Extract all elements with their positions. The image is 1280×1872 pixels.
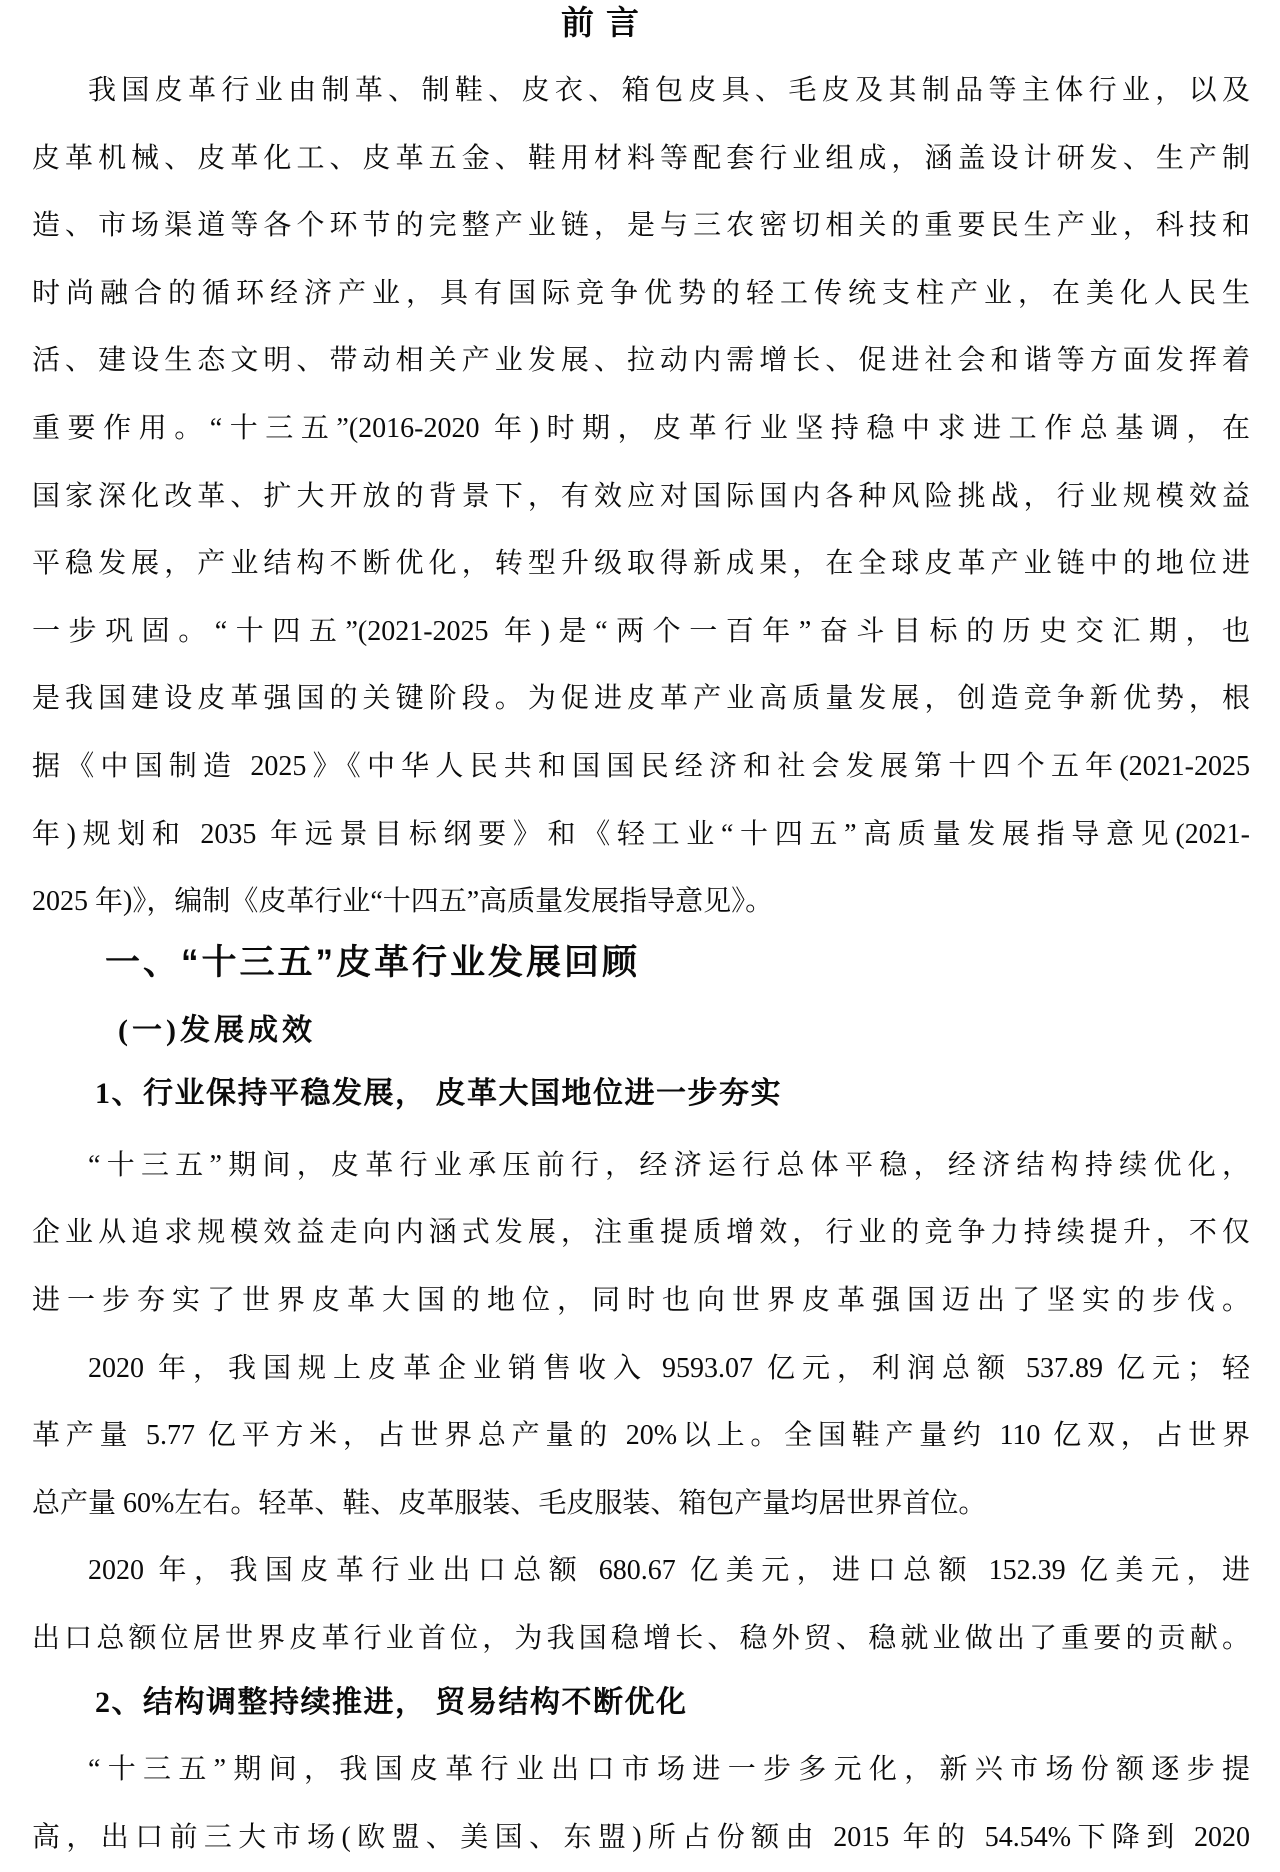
subsection-heading: (一)发展成效 — [32, 1011, 1250, 1051]
paragraph-line: 2020 年，我国规上皮革企业销售收入 9593.07 亿元，利润总额 537.… — [32, 1335, 1250, 1403]
paragraph-line: 重要作用。“十三五”(2016-2020 年)时期，皮革行业坚持稳中求进工作总基… — [32, 395, 1250, 463]
intro-paragraph: 我国皮革行业由制革、制鞋、皮衣、箱包皮具、毛皮及其制品等主体行业，以及 皮革机械… — [32, 57, 1250, 936]
point-heading: 2、结构调整持续推进， 贸易结构不断优化 — [32, 1683, 1250, 1723]
paragraph-line: 平稳发展，产业结构不断优化，转型升级取得新成果，在全球皮革产业链中的地位进 — [32, 530, 1250, 598]
paragraph-line: 据《中国制造 2025》《中华人民共和国国民经济和社会发展第十四个五年(2021… — [32, 733, 1250, 801]
document-page: 前言 我国皮革行业由制革、制鞋、皮衣、箱包皮具、毛皮及其制品等主体行业，以及 皮… — [0, 0, 1280, 1872]
paragraph-line: 年)规划和 2035 年远景目标纲要》和《轻工业“十四五”高质量发展指导意见(2… — [32, 801, 1250, 869]
body-paragraph: “十三五”期间，皮革行业承压前行，经济运行总体平稳，经济结构持续优化， 企业从追… — [32, 1132, 1250, 1335]
paragraph-line: 2025 年)》，编制《皮革行业“十四五”高质量发展指导意见》。 — [32, 868, 1250, 936]
paragraph-line: 国家深化改革、扩大开放的背景下，有效应对国际国内各种风险挑战，行业规模效益 — [32, 463, 1250, 531]
paragraph-line: 高，出口前三大市场(欧盟、美国、东盟)所占份额由 2015 年的 54.54%下… — [32, 1804, 1250, 1872]
paragraph-line: 造、市场渠道等各个环节的完整产业链，是与三农密切相关的重要民生产业，科技和 — [32, 192, 1250, 260]
body-paragraph: 2020 年，我国皮革行业出口总额 680.67 亿美元，进口总额 152.39… — [32, 1537, 1250, 1672]
paragraph-line: 时尚融合的循环经济产业，具有国际竞争优势的轻工传统支柱产业，在美化人民生 — [32, 260, 1250, 328]
paragraph-line: “十三五”期间，皮革行业承压前行，经济运行总体平稳，经济结构持续优化， — [32, 1132, 1250, 1200]
section-heading: 一、“十三五”皮革行业发展回顾 — [32, 940, 1250, 986]
paragraph-line: 总产量 60%左右。轻革、鞋、皮革服装、毛皮服装、箱包产量均居世界首位。 — [32, 1470, 1250, 1538]
body-paragraph: “十三五”期间，我国皮革行业出口市场进一步多元化，新兴市场份额逐步提 高，出口前… — [32, 1736, 1250, 1871]
paragraph-line: 一步巩固。“十四五”(2021-2025 年)是“两个一百年”奋斗目标的历史交汇… — [32, 598, 1250, 666]
paragraph-line: 是我国建设皮革强国的关键阶段。为促进皮革产业高质量发展，创造竞争新优势，根 — [32, 665, 1250, 733]
paragraph-line: 革产量 5.77 亿平方米，占世界总产量的 20%以上。全国鞋产量约 110 亿… — [32, 1402, 1250, 1470]
paragraph-line: 活、建设生态文明、带动相关产业发展、拉动内需增长、促进社会和谐等方面发挥着 — [32, 327, 1250, 395]
point-heading: 1、行业保持平稳发展， 皮革大国地位进一步夯实 — [32, 1074, 1250, 1114]
paragraph-line: “十三五”期间，我国皮革行业出口市场进一步多元化，新兴市场份额逐步提 — [32, 1736, 1250, 1804]
paragraph-line: 皮革机械、皮革化工、皮革五金、鞋用材料等配套行业组成，涵盖设计研发、生产制 — [32, 125, 1250, 193]
paragraph-line: 企业从追求规模效益走向内涵式发展，注重提质增效，行业的竞争力持续提升，不仅 — [32, 1199, 1250, 1267]
paragraph-line: 2020 年，我国皮革行业出口总额 680.67 亿美元，进口总额 152.39… — [32, 1537, 1250, 1605]
doc-title: 前言 — [0, 0, 1215, 46]
paragraph-line: 出口总额位居世界皮革行业首位，为我国稳增长、稳外贸、稳就业做出了重要的贡献。 — [32, 1605, 1250, 1673]
paragraph-line: 进一步夯实了世界皮革大国的地位，同时也向世界皮革强国迈出了坚实的步伐。 — [32, 1267, 1250, 1335]
body-paragraph: 2020 年，我国规上皮革企业销售收入 9593.07 亿元，利润总额 537.… — [32, 1335, 1250, 1538]
paragraph-line: 我国皮革行业由制革、制鞋、皮衣、箱包皮具、毛皮及其制品等主体行业，以及 — [32, 57, 1250, 125]
